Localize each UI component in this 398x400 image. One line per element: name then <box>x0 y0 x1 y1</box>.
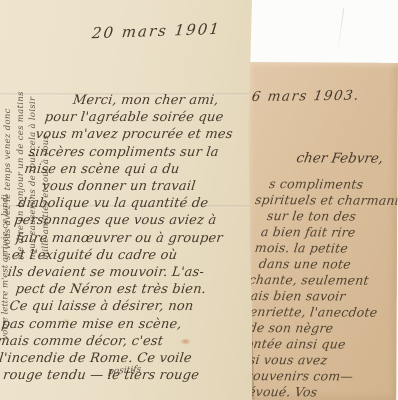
foxing-spot <box>62 318 70 324</box>
letter-line: pect de Néron est très bien. <box>3 281 245 298</box>
letter-line: t dévoué. Vos <box>245 384 398 400</box>
ink-stain <box>180 338 191 345</box>
letter-line: souvenirs com— <box>245 368 398 385</box>
letter-line: sincères compliments sur la <box>19 144 261 161</box>
letter-1903-paper: 6 mars 1903. cher Febvre, s compliments … <box>245 62 398 400</box>
letter-line: sur le ton des <box>245 208 398 225</box>
letter-line: contée ainsi que <box>245 336 398 353</box>
letter-1903-date: 6 mars 1903. <box>251 88 361 105</box>
margin-line: nous causerons de tout cela à loisir <box>27 0 40 260</box>
letter-line: vous m'avez procurée et mes <box>22 126 264 143</box>
letter-1903-salutation: cher Febvre, <box>295 150 384 166</box>
letter-line: de son nègre <box>245 320 398 337</box>
letter-line: mois. la petite <box>245 240 398 257</box>
letter-line: l'incendie de Rome. Ce voile <box>0 350 236 367</box>
margin-vertical-note: votre lettre m'est arrivée ce lundi <box>1 185 15 340</box>
letter-line: a bien fait rire <box>245 224 398 241</box>
letter-line: pour l'agréable soirée que <box>24 109 266 126</box>
letter-line: chante, seulement <box>245 272 398 289</box>
letter-line: Merci, mon cher ami, <box>26 92 268 109</box>
letter-line: Ce qui laisse à désirer, non <box>0 298 242 315</box>
letter-line: , si vous avez <box>245 352 398 369</box>
margin-line: mille amitiés et tout à vous <box>40 0 53 260</box>
letter-line: Henriette, l'anecdote <box>245 304 398 321</box>
letter-1901-date: 20 mars 1901 <box>91 20 222 43</box>
letter-line: dans une note <box>245 256 398 273</box>
letter-line: spirituels et charmants <box>245 192 398 209</box>
letter-1903-body: s compliments spirituels et charmants su… <box>245 176 398 400</box>
letter-line: s compliments <box>245 176 398 193</box>
background-scratch-mark <box>337 8 345 56</box>
letter-line: ais bien savoir <box>245 288 398 305</box>
photo-of-letters: 6 mars 1903. cher Febvre, s compliments … <box>0 0 398 400</box>
letter-line: pas comme mise en scène, <box>0 316 240 333</box>
letter-1901-paper: 20 mars 1901 Merci, mon cher ami, pour l… <box>0 0 252 400</box>
margin-line: me dire un bonjour un de ces matins <box>15 0 28 260</box>
letter-line: mais comme décor, c'est <box>0 333 238 350</box>
letter-line: ils devaient se mouvoir. L'as- <box>5 264 247 281</box>
